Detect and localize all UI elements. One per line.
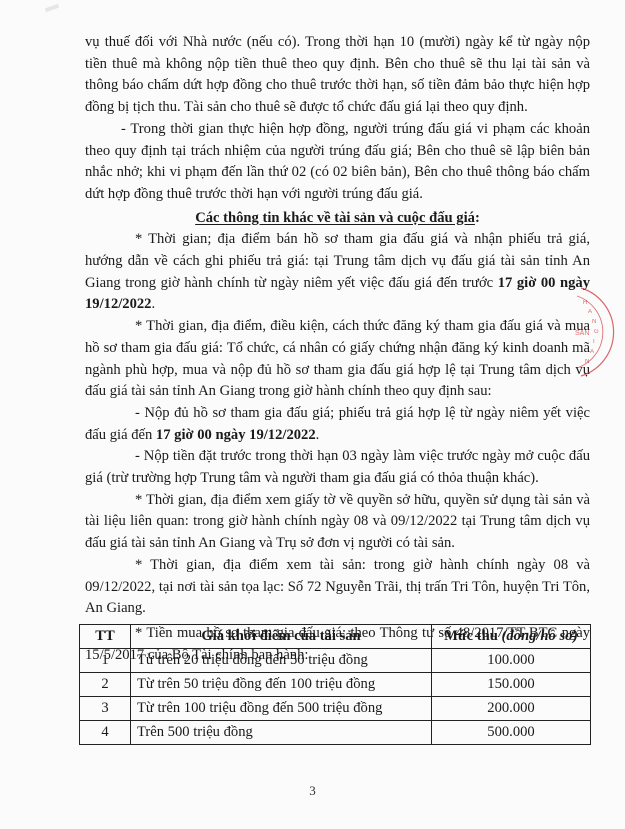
svg-text:N: N bbox=[592, 319, 596, 325]
cell-fee: 500.000 bbox=[432, 721, 591, 745]
svg-text:I: I bbox=[593, 339, 595, 345]
cell-price: Trên 500 triệu đồng bbox=[131, 721, 432, 745]
period: . bbox=[316, 427, 320, 443]
svg-text:N: N bbox=[585, 359, 589, 365]
deadline-bold: 17 giờ 00 ngày 19/12/2022 bbox=[156, 427, 316, 443]
paragraph-view-documents: * Thời gian, địa điểm xem giấy tờ về quy… bbox=[85, 490, 590, 555]
paragraph-view-asset: * Thời gian, địa điểm xem tài sản: trong… bbox=[85, 555, 590, 620]
cell-tt: 2 bbox=[80, 673, 131, 697]
section-heading: Các thông tin khác về tài sản và cuộc đấ… bbox=[85, 208, 590, 230]
cell-tt: 4 bbox=[80, 721, 131, 745]
header-fee: Mức thu (đồng/hồ sơ) bbox=[432, 625, 591, 649]
paragraph-deposit: - Nộp tiền đặt trước trong thời hạn 03 n… bbox=[85, 446, 590, 489]
header-starting-price: Giá khởi điểm của tài sản bbox=[131, 625, 432, 649]
document-body: vụ thuế đối với Nhà nước (nếu có). Trong… bbox=[85, 32, 590, 666]
page-number: 3 bbox=[0, 783, 625, 799]
cell-price: Từ trên 50 triệu đồng đến 100 triệu đồng bbox=[131, 673, 432, 697]
table-row: 2 Từ trên 50 triệu đồng đến 100 triệu đồ… bbox=[80, 673, 591, 697]
cell-price: Từ trên 20 triệu đồng đến 50 triệu đồng bbox=[131, 649, 432, 673]
scan-artifact bbox=[45, 4, 60, 13]
svg-text:G: G bbox=[594, 329, 599, 335]
cell-fee: 200.000 bbox=[432, 697, 591, 721]
heading-colon: : bbox=[475, 210, 480, 226]
svg-text:A: A bbox=[590, 349, 594, 355]
cell-tt: 1 bbox=[80, 649, 131, 673]
table-row: 4 Trên 500 triệu đồng 500.000 bbox=[80, 721, 591, 745]
fee-table: TT Giá khởi điểm của tài sản Mức thu (đồ… bbox=[79, 624, 591, 745]
svg-text:SẢN: SẢN bbox=[575, 328, 589, 337]
fee-table-header: TT Giá khởi điểm của tài sản Mức thu (đồ… bbox=[80, 625, 591, 649]
paragraph-tax-obligation: vụ thuế đối với Nhà nước (nếu có). Trong… bbox=[85, 32, 590, 119]
paragraph-registration: * Thời gian, địa điểm, điều kiện, cách t… bbox=[85, 316, 590, 403]
header-fee-label: Mức thu bbox=[444, 628, 501, 644]
svg-text:H: H bbox=[583, 300, 587, 306]
period: . bbox=[151, 296, 155, 312]
section-heading-text: Các thông tin khác về tài sản và cuộc đấ… bbox=[195, 210, 475, 226]
svg-text:A: A bbox=[588, 309, 592, 315]
header-fee-unit: (đồng/hồ sơ) bbox=[502, 628, 578, 644]
paragraph-submit-dossier: - Nộp đủ hồ sơ tham gia đấu giá; phiếu t… bbox=[85, 403, 590, 446]
paragraph-sale-location: * Thời gian; địa điểm bán hồ sơ tham gia… bbox=[85, 229, 590, 316]
table-row: 1 Từ trên 20 triệu đồng đến 50 triệu đồn… bbox=[80, 649, 591, 673]
table-row: 3 Từ trên 100 triệu đồng đến 500 triệu đ… bbox=[80, 697, 591, 721]
red-seal-stamp-icon: H A N G I A N SẢN bbox=[575, 282, 625, 382]
cell-price: Từ trên 100 triệu đồng đến 500 triệu đồn… bbox=[131, 697, 432, 721]
cell-tt: 3 bbox=[80, 697, 131, 721]
header-tt: TT bbox=[80, 625, 131, 649]
cell-fee: 150.000 bbox=[432, 673, 591, 697]
document-page: vụ thuế đối với Nhà nước (nếu có). Trong… bbox=[0, 0, 625, 829]
paragraph-contract-violation: - Trong thời gian thực hiện hợp đồng, ng… bbox=[85, 119, 590, 206]
cell-fee: 100.000 bbox=[432, 649, 591, 673]
